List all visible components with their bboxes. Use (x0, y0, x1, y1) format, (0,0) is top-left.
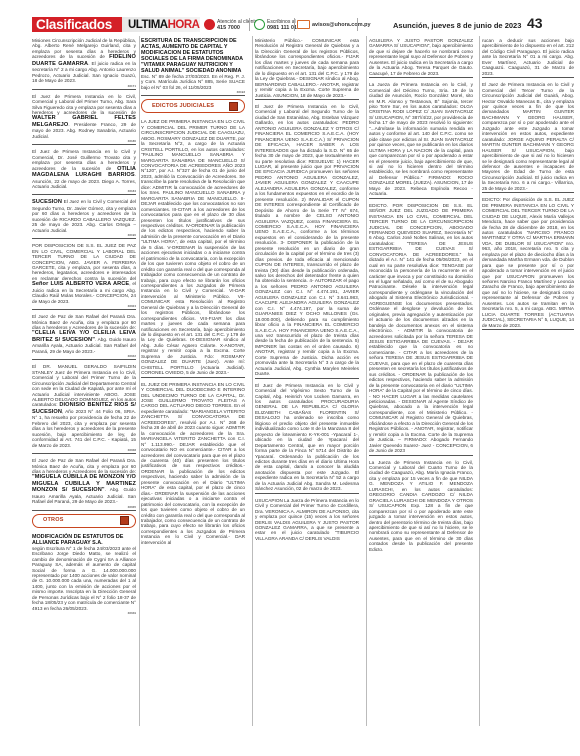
classified-ad: El Juez de Primera Instancia en lo Civil… (32, 92, 136, 146)
classified-ad: USUCAPION La Jueza de Primera Instancia … (255, 496, 359, 543)
classified-ad: SUCESION El Juez en lo Civil y Comercial… (32, 197, 136, 239)
divider (357, 18, 358, 31)
classified-ad: El DR. MANUEL GERALDO SAIFILDIN STANLEY … (32, 362, 136, 454)
divider (249, 18, 250, 31)
phone-icon (204, 19, 215, 30)
publication-date: Asunción, jueves 8 de junio de 2023 (393, 21, 521, 30)
newspaper-logo: ULTIMAHORA (128, 18, 199, 32)
column-2: ESCRITURA DE TRANSCRIPCION DE ACTAS, AUM… (141, 36, 245, 548)
classified-ad: LA JUEZ DE PRIMERA INSTANCIA EN LO CIVIL… (141, 117, 245, 377)
column-divider (366, 36, 367, 726)
column-1: Misiones Circunscripción Judicial de la … (32, 36, 136, 618)
classified-ad: AGUILERA Y JUSTO PASTOR GONZALEZ GAMARRA… (369, 36, 473, 78)
classified-ad: El Juez de Paz de San Rafael del Paraná … (32, 312, 136, 360)
section-badge-otros: OTROS (32, 514, 136, 528)
contact-phone: Atención al cliente:415 7000 (204, 17, 259, 32)
column-3: Ministerio Público.- COMUNICAR esta Reso… (255, 36, 359, 544)
page-number: 43 (527, 15, 543, 31)
section-icon (120, 516, 129, 525)
section-icon (229, 102, 238, 111)
column-5: rucan a deducir sus acciones bajo aperci… (482, 36, 574, 332)
classified-ad: El Juez de Paz de San Rafael del Paraná … (32, 456, 136, 511)
classified-ad: ESCRITURA DE TRANSCRIPCION DE ACTAS, AUM… (141, 36, 245, 96)
divider (294, 18, 295, 31)
column-4: AGUILERA Y JUSTO PASTOR GONZALEZ GAMARRA… (369, 36, 473, 555)
mail-icon (297, 20, 310, 29)
page-header: Clasificados ULTIMAHORA Atención al clie… (0, 0, 580, 30)
classified-ad: El Juez de Primera Instancia en lo Civil… (255, 381, 359, 494)
classified-ad: EL JUEZ DE PRIMERA INSTANCIA EN LO CIVIL… (141, 380, 245, 547)
column-divider (139, 36, 140, 726)
section-badge-edictos: EDICTOS JUDICIALES (141, 99, 245, 113)
classified-ad: El Juez de Primera Instancia en lo Civil… (32, 147, 136, 195)
section-title: Clasificados (32, 17, 129, 32)
classified-ad: EDICTO: Por disposición de S.S. EL JUEZ … (482, 195, 574, 330)
classified-ad: MODIFICACIÓN DE ESTATUTOS DE ALLIANCE PA… (32, 532, 136, 616)
classified-ad: El Juez de Primera Instancia en lo Civil… (255, 102, 359, 379)
classified-ad: Misiones Circunscripción Judicial de la … (32, 36, 136, 90)
classified-ad: EDICTO. POR DISPOSICION DE S.S. EL SEÑOR… (369, 201, 473, 456)
classified-ad: rucan a deducir sus acciones bajo aperci… (482, 36, 574, 78)
classified-ad: POR DISPOSICION DE S.S. EL JUEZ DE PAZ E… (32, 241, 136, 310)
classified-ad: La Jueza de Primera Instancia en lo Civi… (369, 80, 473, 199)
classified-ad: La Jueza de Primera Instancia en lo Civi… (369, 458, 473, 554)
contact-email: avisos@uhora.com.py (297, 17, 371, 32)
whatsapp-icon (254, 19, 265, 30)
classified-ad: Ministerio Público.- COMUNICAR esta Reso… (255, 36, 359, 100)
column-divider (252, 36, 253, 726)
column-divider (479, 36, 480, 726)
classified-ad: El Juez de Primera Instancia en lo Civil… (482, 80, 574, 193)
